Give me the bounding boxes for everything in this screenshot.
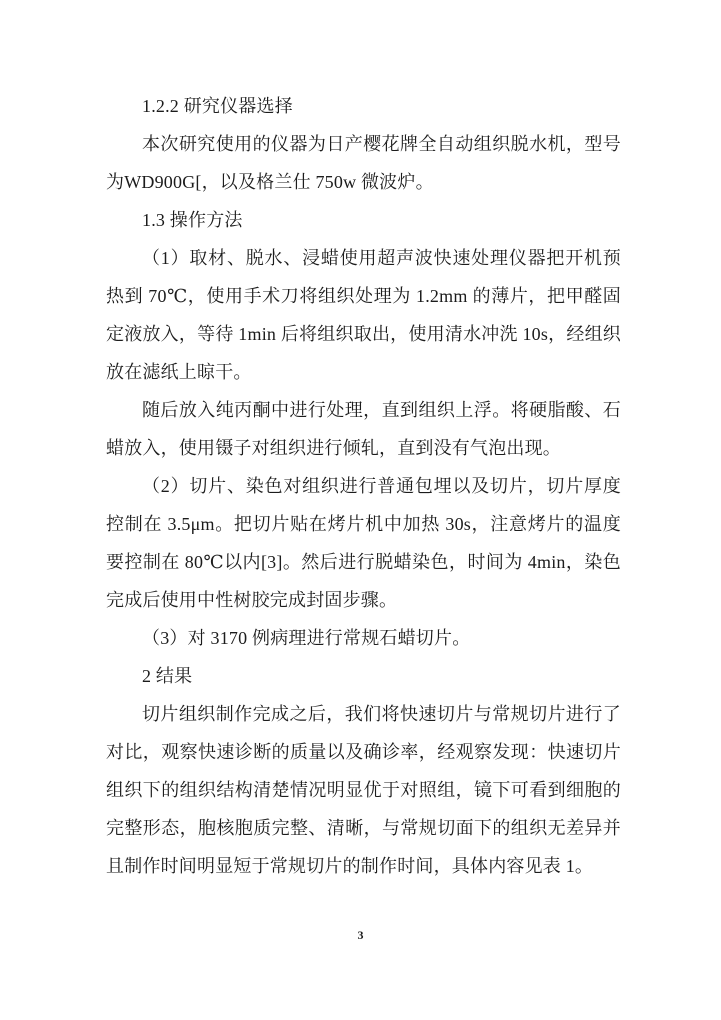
page-footer: 3 (0, 926, 721, 944)
document-body: 1.2.2 研究仪器选择 本次研究使用的仪器为日产樱花牌全自动组织脱水机，型号为… (106, 87, 621, 885)
section-heading-1-3-operation-method: 1.3 操作方法 (106, 201, 621, 239)
paragraph-step-3-paraffin-sections: （3）对 3170 例病理进行常规石蜡切片。 (106, 619, 621, 657)
document-page: 1.2.2 研究仪器选择 本次研究使用的仪器为日产樱花牌全自动组织脱水机，型号为… (0, 0, 721, 1020)
paragraph-step-2-slicing-staining: （2）切片、染色对组织进行普通包埋以及切片，切片厚度控制在 3.5μm。把切片贴… (106, 467, 621, 619)
section-heading-2-results: 2 结果 (106, 657, 621, 695)
paragraph-instrument-description: 本次研究使用的仪器为日产樱花牌全自动组织脱水机，型号为WD900G[，以及格兰仕… (106, 125, 621, 201)
section-heading-1-2-2-instrument-selection: 1.2.2 研究仪器选择 (106, 87, 621, 125)
paragraph-results-comparison: 切片组织制作完成之后，我们将快速切片与常规切片进行了对比，观察快速诊断的质量以及… (106, 695, 621, 885)
page-number: 3 (358, 928, 364, 942)
paragraph-step-1-sampling-dehydration: （1）取材、脱水、浸蜡使用超声波快速处理仪器把开机预热到 70℃，使用手术刀将组… (106, 239, 621, 391)
paragraph-acetone-treatment: 随后放入纯丙酮中进行处理，直到组织上浮。将硬脂酸、石蜡放入，使用镊子对组织进行倾… (106, 391, 621, 467)
